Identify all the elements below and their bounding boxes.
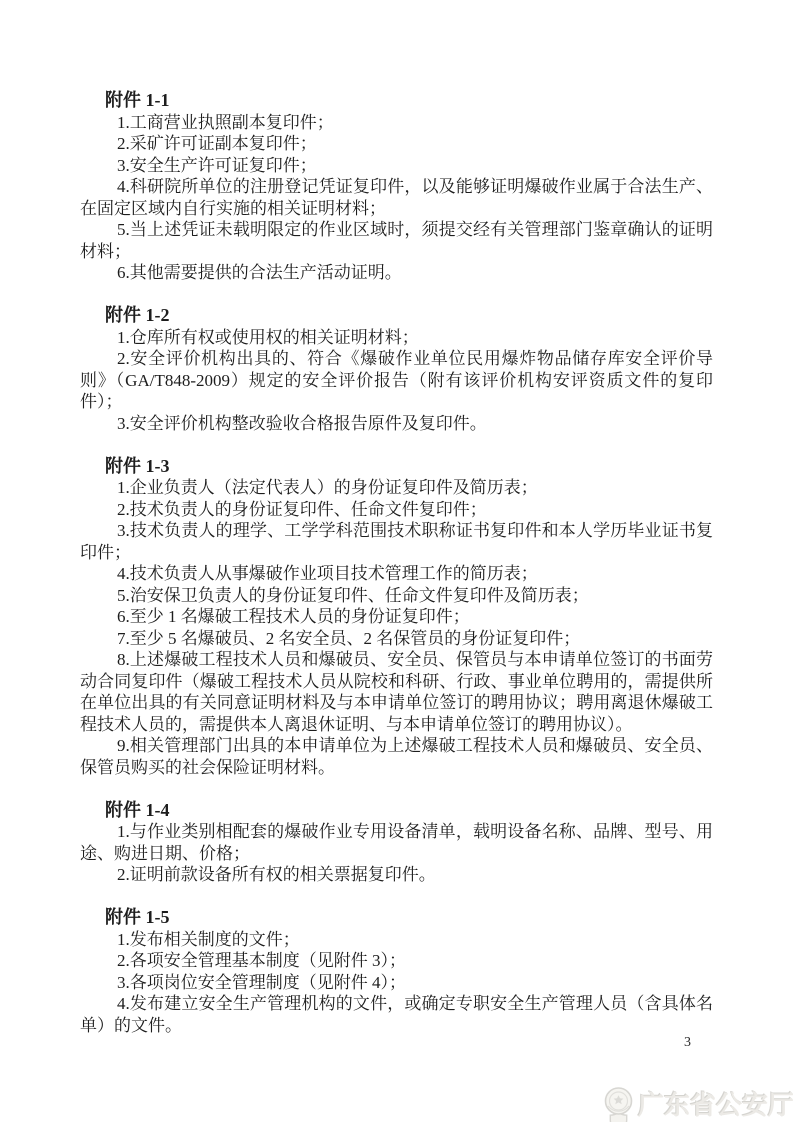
section-title: 附件 1-2 — [105, 305, 713, 327]
list-item: 6.其他需要提供的合法生产活动证明。 — [80, 262, 713, 284]
list-item: 4.技术负责人从事爆破作业项目技术管理工作的简历表； — [80, 563, 713, 585]
list-item: 3.安全生产许可证复印件； — [80, 155, 713, 177]
list-item: 4.科研院所单位的注册登记凭证复印件，以及能够证明爆破作业属于合法生产、在固定区… — [80, 176, 713, 219]
list-item: 2.安全评价机构出具的、符合《爆破作业单位民用爆炸物品储存库安全评价导则》（GA… — [80, 348, 713, 413]
list-item: 3.各项岗位安全管理制度（见附件 4）； — [80, 972, 713, 994]
section-title: 附件 1-1 — [105, 90, 713, 112]
list-item: 7.至少 5 名爆破员、2 名安全员、2 名保管员的身份证复印件； — [80, 628, 713, 650]
list-item: 6.至少 1 名爆破工程技术人员的身份证复印件； — [80, 606, 713, 628]
list-item: 1.工商营业执照副本复印件； — [80, 112, 713, 134]
list-item: 9.相关管理部门出具的本申请单位为上述爆破工程技术人员和爆破员、安全员、保管员购… — [80, 735, 713, 778]
list-item: 5.治安保卫负责人的身份证复印件、任命文件复印件及简历表； — [80, 585, 713, 607]
list-item: 4.发布建立安全生产管理机构的文件，或确定专职安全生产管理人员（含具体名单）的文… — [80, 993, 713, 1036]
list-item: 2.技术负责人的身份证复印件、任命文件复印件； — [80, 499, 713, 521]
section-title: 附件 1-4 — [105, 800, 713, 822]
list-item: 2.证明前款设备所有权的相关票据复印件。 — [80, 864, 713, 886]
list-item: 3.技术负责人的理学、工学学科范围技术职称证书复印件和本人学历毕业证书复印件； — [80, 520, 713, 563]
page-number: 3 — [684, 1034, 691, 1052]
list-item: 2.各项安全管理基本制度（见附件 3）； — [80, 950, 713, 972]
attachment-section: 附件 1-51.发布相关制度的文件；2.各项安全管理基本制度（见附件 3）；3.… — [80, 907, 713, 1036]
attachment-section: 附件 1-41.与作业类别相配套的爆破作业专用设备清单，载明设备名称、品牌、型号… — [80, 800, 713, 886]
list-item: 5.当上述凭证未载明限定的作业区域时，须提交经有关管理部门鉴章确认的证明材料； — [80, 219, 713, 262]
watermark-text: 广东省公安厅 — [638, 1086, 793, 1118]
attachment-section: 附件 1-11.工商营业执照副本复印件；2.采矿许可证副本复印件；3.安全生产许… — [80, 90, 713, 284]
agency-watermark: 广东省公安厅 — [602, 1086, 793, 1122]
document-page: 附件 1-11.工商营业执照副本复印件；2.采矿许可证副本复印件；3.安全生产许… — [0, 0, 793, 1122]
list-item: 8.上述爆破工程技术人员和爆破员、安全员、保管员与本申请单位签订的书面劳动合同复… — [80, 649, 713, 735]
attachment-section: 附件 1-21.仓库所有权或使用权的相关证明材料；2.安全评价机构出具的、符合《… — [80, 305, 713, 434]
document-content: 附件 1-11.工商营业执照副本复印件；2.采矿许可证副本复印件；3.安全生产许… — [80, 90, 713, 1036]
list-item: 3.安全评价机构整改验收合格报告原件及复印件。 — [80, 413, 713, 435]
police-badge-icon — [602, 1086, 635, 1122]
section-title: 附件 1-3 — [105, 456, 713, 478]
list-item: 1.仓库所有权或使用权的相关证明材料； — [80, 327, 713, 349]
list-item: 2.采矿许可证副本复印件； — [80, 133, 713, 155]
list-item: 1.企业负责人（法定代表人）的身份证复印件及简历表； — [80, 477, 713, 499]
attachment-section: 附件 1-31.企业负责人（法定代表人）的身份证复印件及简历表；2.技术负责人的… — [80, 456, 713, 779]
list-item: 1.发布相关制度的文件； — [80, 929, 713, 951]
list-item: 1.与作业类别相配套的爆破作业专用设备清单，载明设备名称、品牌、型号、用途、购进… — [80, 821, 713, 864]
section-title: 附件 1-5 — [105, 907, 713, 929]
